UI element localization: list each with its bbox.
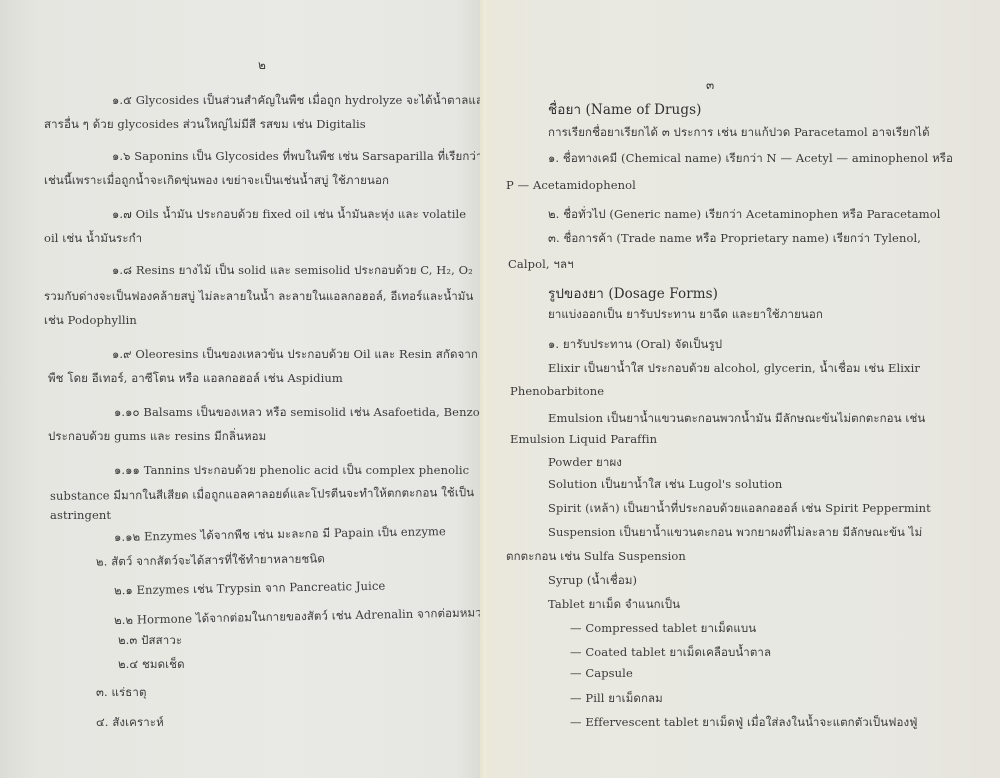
text-line: Elixir เป็นยาน้ำใส ประกอบด้วย alcohol, g… — [548, 360, 920, 378]
list-item: — Effervescent tablet ยาเม็ดฟู่ เมื่อใส่… — [570, 714, 917, 732]
text-line: Suspension เป็นยาน้ำแขวนตะกอน พวกยาผงที่… — [548, 524, 922, 542]
text-line: Powder ยาผง — [548, 454, 622, 472]
text-line: Solution เป็นยาน้ำใส เช่น Lugol's soluti… — [548, 476, 782, 494]
text-line: การเรียกชื่อยาเรียกได้ ๓ ประการ เช่น ยาแ… — [548, 124, 930, 142]
text-line: Spirit (เหล้า) เป็นยาน้ำที่ประกอบด้วยแอล… — [548, 500, 931, 518]
text-line: ๑.๗ Oils น้ำมัน ประกอบด้วย fixed oil เช่… — [112, 206, 466, 224]
list-item: — Pill ยาเม็ดกลม — [570, 690, 663, 708]
text-line: พืช โดย อีเทอร์, อาซีโตน หรือ แอลกอฮอล์ … — [48, 370, 343, 388]
page-number: ๓ — [706, 76, 714, 95]
text-line: P — Acetamidophenol — [506, 178, 636, 192]
text-line: astringent — [50, 508, 111, 522]
text-line: Tablet ยาเม็ด จำแนกเป็น — [548, 596, 680, 614]
text-line: ๔. สังเคราะห์ — [96, 714, 164, 732]
text-line: ๒.๒ Hormone ได้จากต่อมในกายของสัตว์ เช่น… — [114, 604, 503, 630]
text-line: ๑.๑๑ Tannins ประกอบด้วย phenolic acid เป… — [114, 462, 469, 480]
text-line: ยาแบ่งออกเป็น ยารับประทาน ยาฉีด และยาใช้… — [548, 306, 823, 324]
text-line: Emulsion Liquid Paraffin — [510, 432, 657, 446]
text-line: ๒.๑ Enzymes เช่น Trypsin จาก Pancreatic … — [114, 578, 386, 601]
text-line: ๑.๕ Glycosides เป็นส่วนสำคัญในพืช เมื่อถ… — [112, 92, 489, 110]
text-line: ๑.๘ Resins ยางไม้ เป็น solid และ semisol… — [112, 262, 473, 280]
list-item: — Capsule — [570, 666, 633, 680]
list-item: — Compressed tablet ยาเม็ดแบน — [570, 620, 756, 638]
text-line: ๑.๖ Saponins เป็น Glycosides ที่พบในพืช … — [112, 148, 483, 166]
text-line: ๓. ชื่อการค้า (Trade name หรือ Proprieta… — [548, 230, 921, 248]
text-line: รวมกับด่างจะเป็นฟองคล้ายสบู่ ไม่ละลายในน… — [44, 288, 473, 306]
text-line: Calpol, ฯลฯ — [508, 256, 574, 274]
text-line: substance มีมากในสีเสียด เมื่อถูกแอลคาลอ… — [50, 484, 474, 506]
text-line: เช่นนี้เพราะเมื่อถูกน้ำจะเกิดขุ่นพอง เขย… — [44, 172, 389, 190]
section-heading: ชื่อยา (Name of Drugs) — [548, 98, 702, 120]
text-line: ๒. ชื่อทั่วไป (Generic name) เรียกว่า Ac… — [548, 206, 941, 224]
text-line: ๒.๔ ชมดเช็ด — [118, 656, 185, 674]
page-number: ๒ — [258, 56, 266, 75]
text-line: สารอื่น ๆ ด้วย glycosides ส่วนใหญ่ไม่มีส… — [44, 116, 366, 134]
text-line: ๑.๑๐ Balsams เป็นของเหลว หรือ semisolid … — [114, 404, 491, 422]
text-line: ๑. ชื่อทางเคมี (Chemical name) เรียกว่า … — [548, 150, 953, 168]
text-line: oil เช่น น้ำมันระกำ — [44, 230, 142, 248]
text-line: Emulsion เป็นยาน้ำแขวนตะกอนพวกน้ำมัน มีล… — [548, 410, 925, 428]
right-page: ๓ ชื่อยา (Name of Drugs) การเรียกชื่อยาเ… — [486, 0, 1000, 778]
text-line: Syrup (น้ำเชื่อม) — [548, 572, 637, 590]
text-line: เช่น Podophyllin — [44, 312, 137, 330]
text-line: ๑.๙ Oleoresins เป็นของเหลวข้น ประกอบด้วย… — [112, 346, 478, 364]
text-line: ๑.๑๒ Enzymes ได้จากพืช เช่น มะละกอ มี Pa… — [114, 523, 446, 547]
section-heading: รูปของยา (Dosage Forms) — [548, 282, 718, 304]
text-line: ๓. แร่ธาตุ — [96, 684, 147, 702]
text-line: ประกอบด้วย gums และ resins มีกลิ่นหอม — [48, 428, 266, 446]
list-item: — Coated tablet ยาเม็ดเคลือบน้ำตาล — [570, 644, 771, 662]
text-line: ตกตะกอน เช่น Sulfa Suspension — [506, 548, 686, 566]
text-line: Phenobarbitone — [510, 384, 604, 398]
text-line: ๒. สัตว์ จากสัตว์จะได้สารที่ใช้ทำยาหลายช… — [96, 550, 325, 571]
text-line: ๒.๓ ปัสสาวะ — [118, 632, 182, 650]
left-page: ๒ ๑.๕ Glycosides เป็นส่วนสำคัญในพืช เมื่… — [0, 0, 480, 778]
text-line: ๑. ยารับประทาน (Oral) จัดเป็นรูป — [548, 336, 722, 354]
